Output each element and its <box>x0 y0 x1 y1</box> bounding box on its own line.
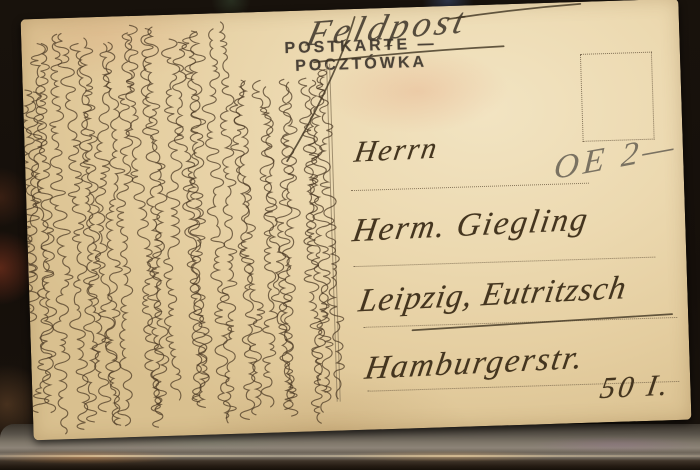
handwriting-stroke <box>260 86 297 399</box>
pen-flourish-tcross <box>448 4 580 19</box>
photo-background: POSTKARTE — POCZTÓWKA Herrn Herm. Giegli… <box>0 0 700 470</box>
handwriting-stroke <box>181 31 216 407</box>
handwriting-stroke <box>21 90 43 318</box>
handwritten-message <box>21 0 692 440</box>
message-squiggle-group <box>21 18 347 435</box>
handwriting-stroke <box>298 78 326 424</box>
strip-reflection <box>0 455 700 457</box>
handwriting-stroke <box>106 25 150 426</box>
pen-underline-city <box>412 314 672 330</box>
handwriting-stroke <box>171 42 207 401</box>
handwriting-stroke <box>180 31 214 403</box>
postcard: POSTKARTE — POCZTÓWKA Herrn Herm. Giegli… <box>21 0 692 440</box>
handwriting-stroke <box>200 29 234 419</box>
